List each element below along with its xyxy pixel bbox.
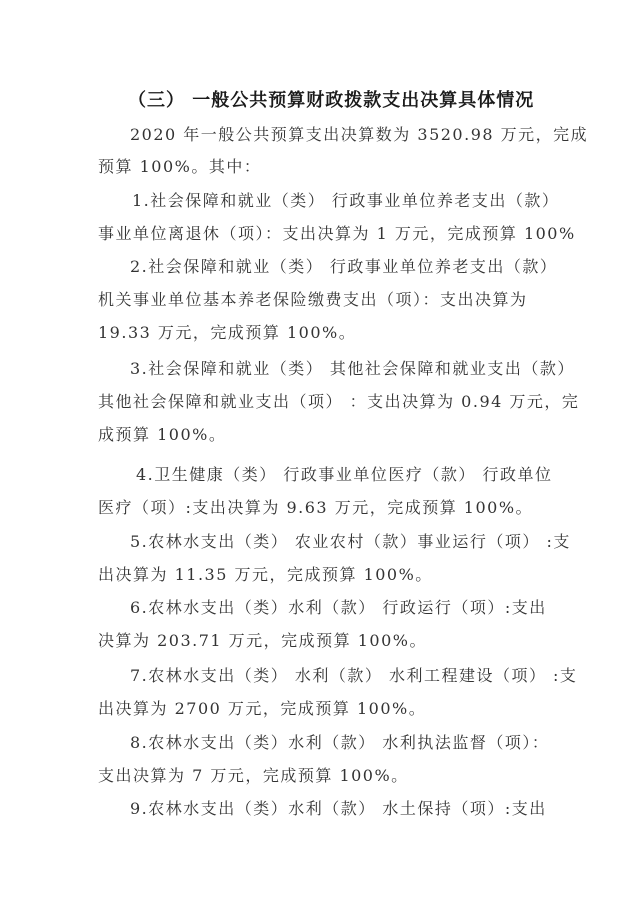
item-2-line: 2.社会保障和就业（类） 行政事业单位养老支出（款） (130, 254, 557, 277)
item-8-line: 支出决算为 7 万元，完成预算 100%。 (98, 763, 409, 786)
item-6-line: 决算为 203.71 万元，完成预算 100%。 (98, 628, 427, 651)
item-2-line: 19.33 万元，完成预算 100%。 (98, 320, 356, 343)
item-3-line: 3.社会保障和就业（类） 其他社会保障和就业支出（款） (130, 356, 575, 379)
section-heading: （三） 一般公共预算财政拨款支出决算具体情况 (128, 86, 534, 112)
item-4-line: 医疗（项）:支出决算为 9.63 万元，完成预算 100%。 (98, 495, 533, 518)
item-1-line: 事业单位离退休（项）：支出决算为 1 万元，完成预算 100% (98, 221, 576, 244)
item-4-line: 4.卫生健康（类） 行政事业单位医疗（款） 行政单位 (136, 462, 552, 485)
paragraph-line: 2020 年一般公共预算支出决算数为 3520.98 万元，完成 (130, 122, 588, 145)
paragraph-line: 预算 100%。其中： (98, 154, 261, 177)
item-7-line: 7.农林水支出（类） 水利（款） 水利工程建设（项） :支 (130, 663, 577, 686)
item-2-line: 机关事业单位基本养老保险缴费支出（项）：支出决算为 (98, 287, 528, 310)
item-7-line: 出决算为 2700 万元，完成预算 100%。 (98, 696, 426, 719)
item-5-line: 5.农林水支出（类） 农业农村（款）事业运行（项） :支 (130, 529, 571, 552)
item-3-line: 成预算 100%。 (98, 422, 226, 445)
item-8-line: 8.农林水支出（类）水利（款） 水利执法监督（项）： (130, 730, 549, 753)
item-1-line: 1.社会保障和就业（类） 行政事业单位养老支出（款） (132, 188, 559, 211)
item-3-line: 其他社会保障和就业支出（项） ：支出决算为 0.94 万元，完 (98, 389, 579, 412)
document-page: （三） 一般公共预算财政拨款支出决算具体情况 2020 年一般公共预算支出决算数… (0, 0, 640, 905)
item-9-line: 9.农林水支出（类）水利（款） 水土保持（项）:支出 (130, 796, 547, 819)
item-6-line: 6.农林水支出（类）水利（款） 行政运行（项）:支出 (130, 595, 547, 618)
item-5-line: 出决算为 11.35 万元，完成预算 100%。 (98, 562, 433, 585)
